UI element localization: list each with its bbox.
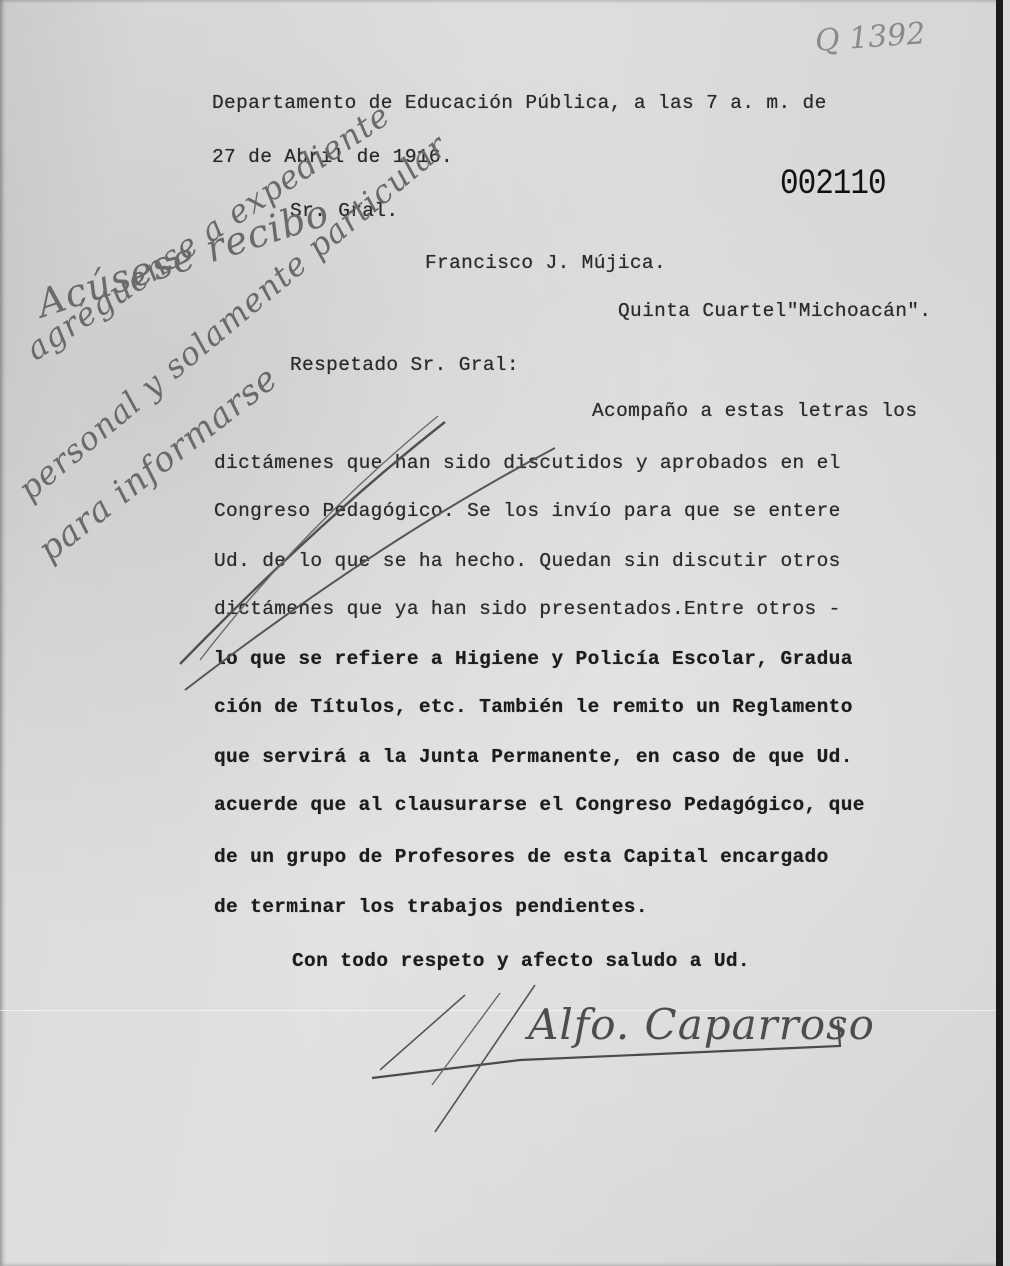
scanned-letter-page: Q 1392 Departamento de Educación Pública…	[0, 0, 1003, 1266]
scan-edge	[996, 0, 1003, 1266]
signature: Alfo. Caparroso	[528, 1000, 875, 1049]
pencil-marks	[0, 0, 1003, 1266]
